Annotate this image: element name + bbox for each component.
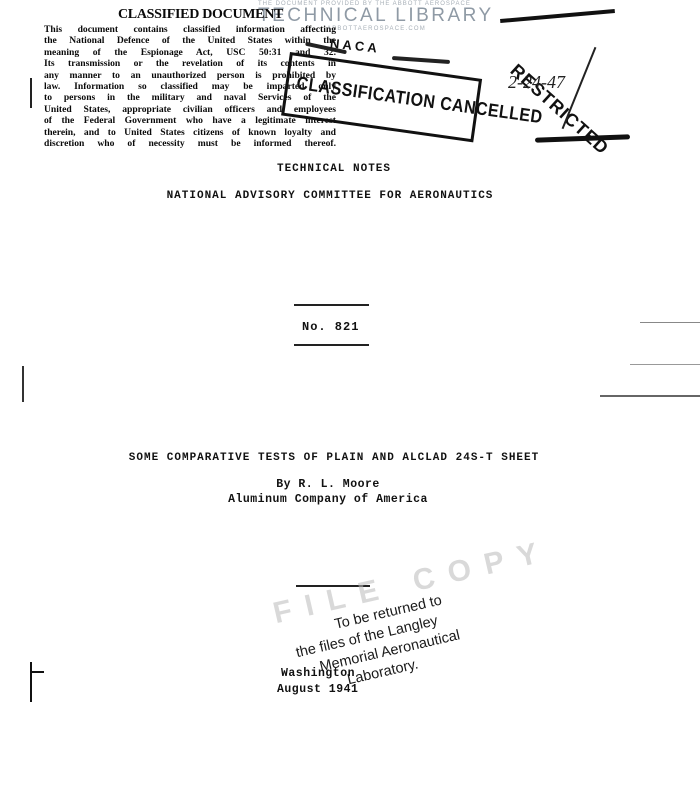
- report-affiliation: Aluminum Company of America: [0, 493, 678, 506]
- publication-date: August 1941: [277, 683, 358, 696]
- report-number: No. 821: [302, 320, 359, 334]
- report-author: By R. L. Moore: [0, 478, 678, 491]
- margin-tick: [30, 671, 44, 673]
- report-title: SOME COMPARATIVE TESTS OF PLAIN AND ALCL…: [0, 452, 684, 464]
- number-rule-bottom: [294, 344, 369, 346]
- classified-line: This document contains classified inform…: [44, 24, 336, 35]
- classified-line: discretion who of necessity must be info…: [44, 138, 336, 149]
- classified-line: the National Defence of the United State…: [44, 35, 336, 46]
- margin-mark: [640, 322, 700, 323]
- series-heading: TECHNICAL NOTES: [0, 163, 684, 175]
- margin-bracket: [30, 78, 32, 108]
- classified-heading: CLASSIFIED DOCUMENT: [118, 7, 283, 23]
- handwritten-date: 2-24-47: [508, 72, 565, 93]
- margin-mark: [630, 364, 700, 365]
- publication-place: Washington: [281, 667, 355, 680]
- classified-line: therein, and to United States citizens o…: [44, 127, 336, 138]
- margin-mark: [22, 366, 24, 402]
- number-rule-top: [294, 304, 369, 306]
- margin-tick: [30, 662, 32, 702]
- organization-heading: NATIONAL ADVISORY COMMITTEE FOR AERONAUT…: [0, 190, 680, 202]
- restricted-strike-line: [500, 9, 615, 23]
- naca-wing-right-icon: [392, 56, 450, 64]
- watermark-url: ABBOTTAEROSPACE.COM: [327, 26, 426, 32]
- margin-mark: [600, 395, 700, 397]
